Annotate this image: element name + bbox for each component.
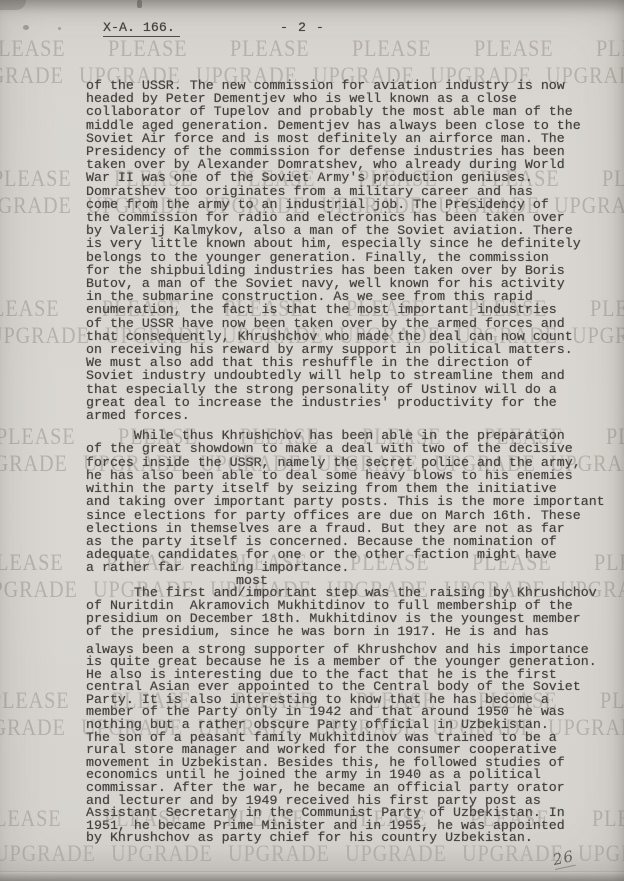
watermark-word: UPGRADE	[0, 63, 64, 89]
document-body: of the USSR. The new commission for avia…	[86, 79, 624, 845]
scan-speck	[58, 27, 61, 30]
watermark-word: UPGRADE	[0, 193, 72, 219]
handwritten-page-number: 26	[551, 847, 576, 870]
scanned-document-page: PLEASEPLEASEPLEASEPLEASEPLEASEPLEASEUPGR…	[0, 0, 624, 881]
watermark-word: PLEASE	[596, 36, 624, 62]
watermark-word: PLEASE	[230, 36, 310, 62]
watermark-word: PLEASE	[0, 296, 60, 322]
watermark-word: PLEASE	[0, 806, 62, 832]
paragraph-industry-commissions: of the USSR. The new commission for avia…	[86, 79, 624, 422]
paper-bottom-edge	[0, 871, 624, 881]
paragraph-party-elections: While thus Khrushchov has been able in t…	[86, 429, 624, 574]
watermark-word: UPGRADE	[0, 715, 66, 741]
scan-shadow-corner	[0, 0, 26, 10]
watermark-word: UPGRADE	[0, 841, 96, 867]
watermark-word: PLEASE	[0, 550, 64, 576]
scan-speck	[137, 0, 142, 8]
watermark-word: UPGRADE	[0, 323, 90, 349]
watermark-word: UPGRADE	[0, 451, 68, 477]
watermark-word: PLEASE	[0, 688, 70, 714]
watermark-word: PLEASE	[474, 36, 554, 62]
watermark-word: PLEASE	[0, 424, 76, 450]
paragraph-mukhitdinov-intro: The first and/important step was the rai…	[86, 587, 624, 638]
watermark-word: PLEASE	[0, 36, 66, 62]
watermark-word: PLEASE	[352, 36, 432, 62]
scan-speck	[23, 25, 29, 30]
page-number: - 2 -	[280, 20, 325, 35]
watermark-word: PLEASE	[0, 166, 72, 192]
watermark-word: UPGRADE	[0, 577, 78, 603]
document-reference: X-A. 166.	[103, 20, 180, 37]
watermark-word: PLEASE	[108, 36, 188, 62]
paragraph-mukhitdinov-career: always been a strong supporter of Khrush…	[86, 644, 624, 846]
